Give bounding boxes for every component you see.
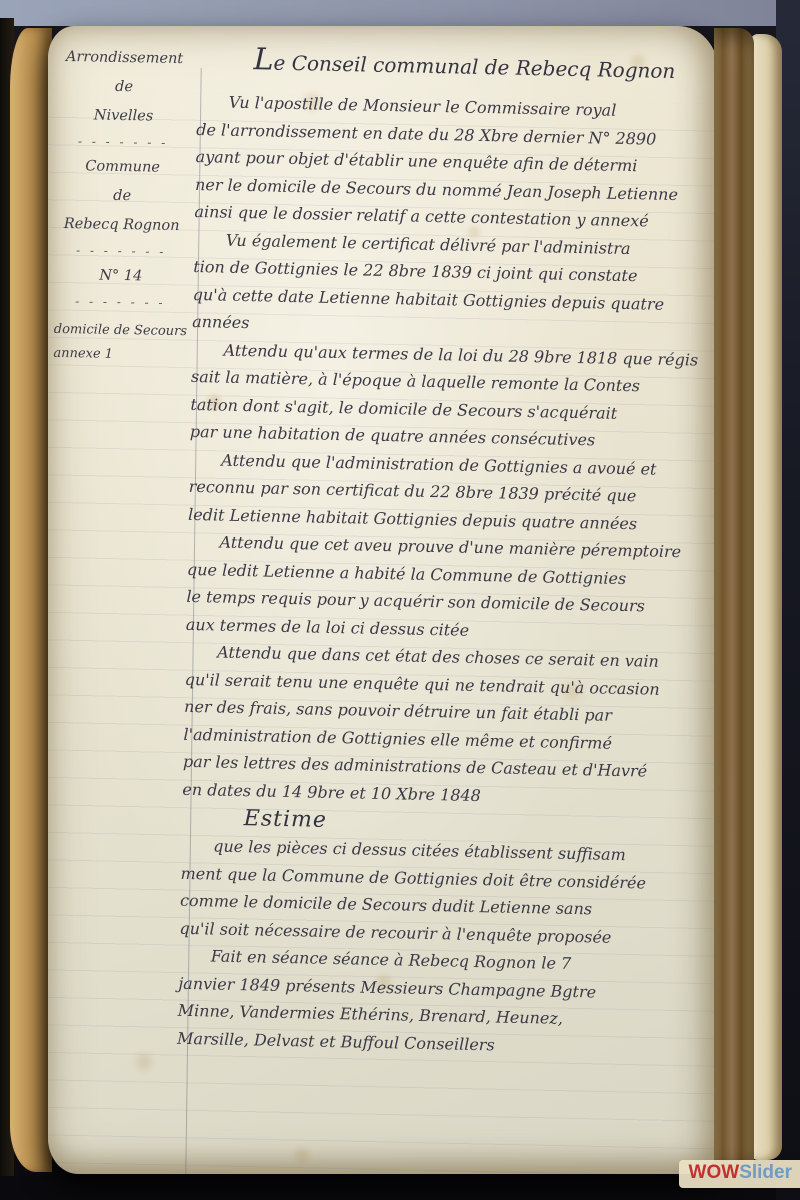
margin-note-line: domicile de Secours [54, 318, 188, 344]
manuscript-paragraph: Vu également le certificat délivré par l… [192, 225, 718, 346]
manuscript-paragraph: Attendu que cet aveu prouve d'une manièr… [186, 528, 718, 649]
manuscript-paragraph: Attendu que dans cet état des choses ce … [182, 638, 718, 814]
margin-notes: ArrondissementdeNivelles- - - - - - -Com… [51, 43, 193, 368]
margin-note-line: Commune [54, 152, 190, 183]
manuscript-paragraph: Attendu que l'administration de Gottigni… [188, 445, 718, 539]
manuscript-text: Le Conseil communal de Rebecq RognonVu l… [177, 44, 718, 1063]
margin-note-line: de [56, 72, 192, 103]
margin-note-line: annexe 1 [53, 342, 187, 368]
margin-divider: - - - - - - - [55, 130, 191, 154]
book-left-page-edges [10, 28, 52, 1172]
watermark-slider-text: Slider [739, 1162, 792, 1183]
margin-note-line: Nivelles [55, 101, 191, 132]
margin-divider: - - - - - - - [52, 290, 188, 314]
margin-note: domicile de Secoursannexe 1 [51, 318, 188, 368]
margin-note-line: Rebecq Rognon [53, 210, 189, 241]
margin-note: ArrondissementdeNivelles [55, 43, 192, 132]
margin-note-line: Arrondissement [56, 43, 192, 74]
manuscript-paragraph: que les pièces ci dessus citées établiss… [179, 832, 718, 953]
next-page-edge [750, 34, 782, 1160]
foxing-stains [48, 26, 56, 34]
margin-note-line: de [54, 181, 190, 212]
manuscript-paragraph: Attendu qu'aux termes de la loi du 28 9b… [190, 335, 718, 456]
margin-note: N° 14 [53, 261, 189, 292]
manuscript-paragraph: Fait en séance séance à Rebecq Rognon le… [177, 942, 718, 1063]
margin-divider: - - - - - - - [53, 239, 189, 263]
photo-background-strip [0, 0, 800, 26]
manuscript-paragraph: Vu l'apostille de Monsieur le Commissair… [194, 88, 718, 237]
manuscript-page: ArrondissementdeNivelles- - - - - - -Com… [48, 26, 718, 1174]
watermark-wow-text: WOW [689, 1162, 740, 1183]
photo-scene: ArrondissementdeNivelles- - - - - - -Com… [0, 0, 800, 1200]
manuscript-title: Le Conseil communal de Rebecq Rognon [197, 44, 718, 87]
book-gutter-fold [714, 28, 754, 1174]
margin-note: CommunedeRebecq Rognon [53, 152, 190, 241]
margin-note-line: N° 14 [53, 261, 189, 292]
wowslider-watermark-link[interactable]: WOWSlider [679, 1160, 800, 1188]
